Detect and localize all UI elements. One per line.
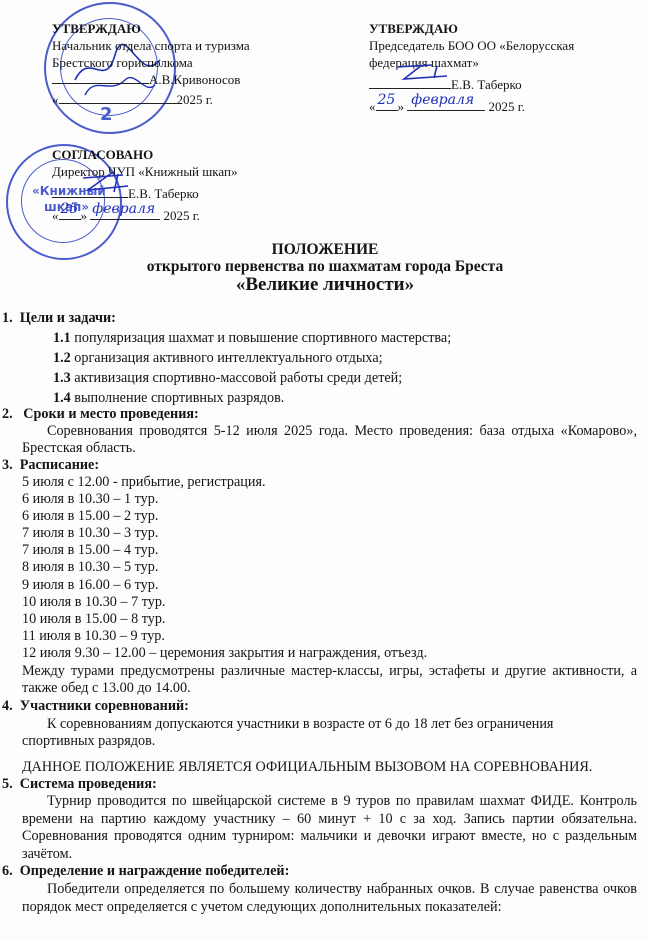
section-5-text: Турнир проводится по швейцарской системе… [22,793,637,863]
date-day-handwritten: 25 [378,92,396,109]
approval-position-line1: Начальник отдела спорта и туризма [52,37,250,54]
approval-signatory: А.В.Кривоносов [149,72,240,87]
section-2-text: Соревнования проводятся 5-12 июля 2025 г… [22,423,637,457]
schedule-item: 9 июля в 16.00 – 6 тур. [22,577,427,594]
date-month-handwritten: февраля [411,92,474,109]
goal-item: 1.2 организация активного интеллектуальн… [53,350,383,367]
signature-taberko-right [392,62,462,82]
approval-heading: УТВЕРЖДАЮ [369,20,574,37]
goal-item: 1.4 выполнение спортивных разрядов. [53,390,284,407]
schedule-item: 6 июля в 10.30 – 1 тур. [22,491,427,508]
document-title: ПОЛОЖЕНИЕ [0,241,650,259]
schedule-list: 5 июля с 12.00 - прибытие, регистрация. … [22,474,427,662]
section-6-heading: 6. Определение и награждение победителей… [2,863,289,880]
official-call-notice: ДАННОЕ ПОЛОЖЕНИЕ ЯВЛЯЕТСЯ ОФИЦИАЛЬНЫМ ВЫ… [22,759,592,776]
schedule-item: 10 июля в 10.30 – 7 тур. [22,594,427,611]
agreed-date-suffix: 2025 г. [164,208,200,223]
schedule-item: 5 июля с 12.00 - прибытие, регистрация. [22,474,427,491]
section-1-heading: 1. Цели и задачи: [2,310,116,327]
date-day-handwritten: 25 [61,201,79,218]
approval-date-suffix: 2025 г. [489,99,525,114]
agreed-heading: СОГЛАСОВАНО [52,146,237,163]
schedule-item: 11 июля в 10.30 – 9 тур. [22,628,427,645]
section-6-text: Победители определяется по большему коли… [22,881,637,916]
schedule-note: Между турами предусмотрены различные мас… [22,663,637,697]
schedule-item: 6 июля в 15.00 – 2 тур. [22,508,427,525]
signature-taberko-agreed [78,170,138,195]
section-5-heading: 5. Система проведения: [2,776,157,793]
approval-date-suffix: 2025 г. [177,92,213,107]
section-4-text: К соревнованиям допускаются участники в … [22,716,582,750]
goal-item: 1.3 активизация спортивно-массовой работ… [53,370,402,387]
schedule-item: 12 июля 9.30 – 12.00 – церемония закрыти… [22,645,427,662]
document-page: 2 УТВЕРЖДАЮ Начальник отдела спорта и ту… [0,0,650,941]
schedule-item: 10 июля в 15.00 – 8 тур. [22,611,427,628]
event-name: «Великие личности» [0,274,650,296]
approval-block-left: УТВЕРЖДАЮ Начальник отдела спорта и тури… [52,20,250,108]
goal-item: 1.1 популяризация шахмат и повышение спо… [53,330,451,347]
schedule-item: 7 июля в 10.30 – 3 тур. [22,525,427,542]
date-month-handwritten: февраля [92,201,155,218]
schedule-item: 7 июля в 15.00 – 4 тур. [22,542,427,559]
approval-position-line2: Брестского горисполкома [52,54,250,71]
approval-position-line1: Председатель БОО ОО «Белорусская [369,37,574,54]
approval-heading: УТВЕРЖДАЮ [52,20,250,37]
section-2-heading: 2. Сроки и место проведения: [2,406,199,423]
schedule-item: 8 июля в 10.30 – 5 тур. [22,559,427,576]
agreed-signatory: Е.В. Таберко [128,186,199,201]
section-3-heading: 3. Расписание: [2,457,99,474]
section-4-heading: 4. Участники соревнований: [2,698,189,715]
